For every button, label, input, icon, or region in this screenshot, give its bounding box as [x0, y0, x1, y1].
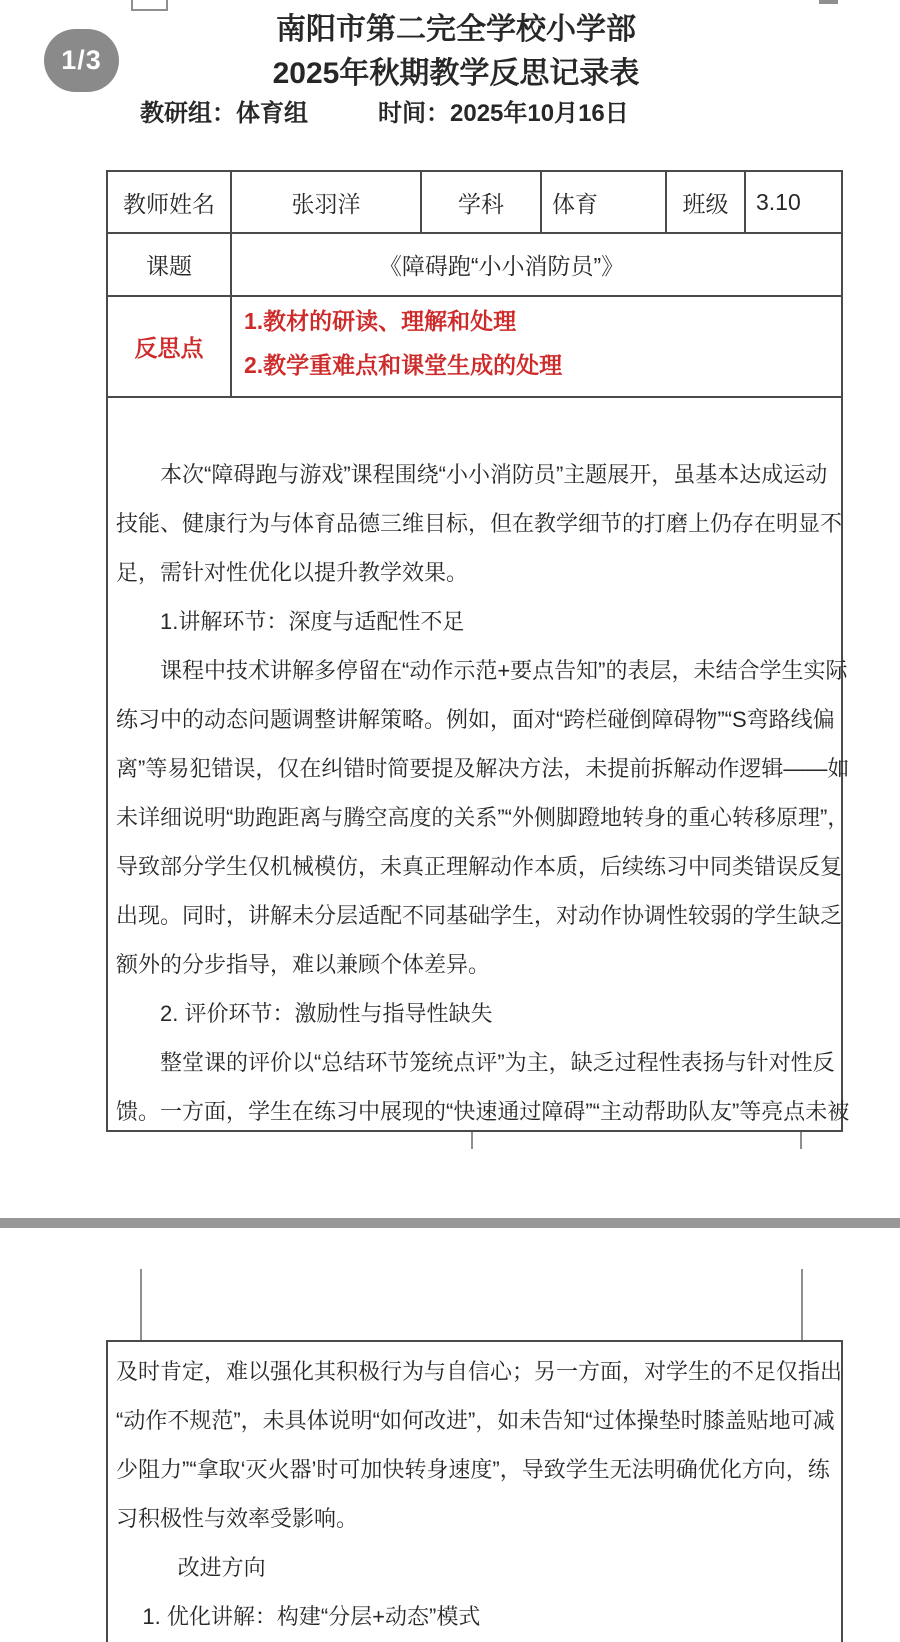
reflection-body-text-page2: 及时肯定，难以强化其积极行为与自信心；另一方面，对学生的不足仅指出“动作不规范”… — [108, 1342, 841, 1641]
body-text-line: 及时肯定，难以强化其积极行为与自信心；另一方面，对学生的不足仅指出 — [116, 1347, 835, 1396]
body-text-line: 足，需针对性优化以提升教学效果。 — [116, 548, 835, 597]
document-viewer-page: 1/3 南阳市第二完全学校小学部 2025年秋期教学反思记录表 教研组：体育组 … — [0, 0, 900, 1642]
reflection-form-table-page1: 教师姓名 张羽洋 学科 体育 班级 3.10 课题 《障碍跑“小小消防员”》 反… — [106, 170, 843, 1132]
body-text-line: 练习中的动态问题调整讲解策略。例如，面对“跨栏碰倒障碍物”“S弯路线偏 — [116, 695, 835, 744]
reflection-point-2: 2.教学重难点和课堂生成的处理 — [244, 343, 841, 387]
table-row-reflection-points: 反思点 1.教材的研读、理解和处理 2.教学重难点和课堂生成的处理 — [108, 297, 841, 398]
body-text-line: 导致部分学生仅机械模仿，未真正理解动作本质，后续练习中同类错误反复 — [116, 842, 835, 891]
body-text-line: 整堂课的评价以“总结环节笼统点评”为主，缺乏过程性表扬与针对性反 — [116, 1038, 835, 1087]
reflection-form-table-page2: 及时肯定，难以强化其积极行为与自信心；另一方面，对学生的不足仅指出“动作不规范”… — [106, 1340, 843, 1642]
reflection-point-1: 1.教材的研读、理解和处理 — [244, 299, 841, 343]
document-title-line2: 2025年秋期教学反思记录表 — [0, 48, 900, 92]
date-label: 时间：2025年10月16日 — [378, 93, 629, 128]
topic-value: 《障碍跑“小小消防员”》 — [232, 234, 841, 295]
table-row-topic: 课题 《障碍跑“小小消防员”》 — [108, 234, 841, 297]
table-row-teacher-info: 教师姓名 张羽洋 学科 体育 班级 3.10 — [108, 172, 841, 234]
body-text-line: 2. 评价环节：激励性与指导性缺失 — [116, 989, 835, 1038]
body-text-line: 1.讲解环节：深度与适配性不足 — [116, 597, 835, 646]
topic-label: 课题 — [108, 234, 232, 295]
reflection-body-text-page1: 本次“障碍跑与游戏”课程围绕“小小消防员”主题展开，虽基本达成运动技能、健康行为… — [108, 398, 841, 1136]
body-text-line: 离”等易犯错误，仅在纠错时简要提及解决方法，未提前拆解动作逻辑——如 — [116, 744, 835, 793]
teacher-name-value: 张羽洋 — [232, 172, 422, 232]
page1-bottom-tick-left — [471, 1132, 473, 1149]
body-text-line: 出现。同时，讲解未分层适配不同基础学生，对动作协调性较弱的学生缺乏 — [116, 891, 835, 940]
reflection-points-label: 反思点 — [108, 297, 232, 396]
page2-top-tick-right — [801, 1269, 803, 1340]
body-text-line: 未详细说明“助跑距离与腾空高度的关系”“外侧脚蹬地转身的重心转移原理”， — [116, 793, 835, 842]
subject-value: 体育 — [542, 172, 667, 232]
page2-top-tick-left — [140, 1269, 142, 1340]
body-text-line: 馈。一方面，学生在练习中展现的“快速通过障碍”“主动帮助队友”等亮点未被 — [116, 1087, 835, 1136]
body-text-line: 技能、健康行为与体育品德三维目标，但在教学细节的打磨上仍存在明显不 — [116, 499, 835, 548]
document-title-line1: 南阳市第二完全学校小学部 — [0, 4, 900, 48]
body-text-line: 本次“障碍跑与游戏”课程围绕“小小消防员”主题展开，虽基本达成运动 — [116, 450, 835, 499]
body-text-line: 课程中技术讲解多停留在“动作示范+要点告知”的表层，未结合学生实际 — [116, 646, 835, 695]
page1-bottom-tick-right — [800, 1132, 802, 1149]
body-text-line: 习积极性与效率受影响。 — [116, 1494, 835, 1543]
reflection-points-list: 1.教材的研读、理解和处理 2.教学重难点和课堂生成的处理 — [232, 297, 841, 396]
body-text-line: 改进方向 — [116, 1543, 835, 1592]
body-text-line: 1. 优化讲解：构建“分层+动态”模式 — [116, 1592, 835, 1641]
body-text-line: “动作不规范”，未具体说明“如何改进”，如未告知“过体操垫时膝盖贴地可减 — [116, 1396, 835, 1445]
class-label: 班级 — [667, 172, 746, 232]
research-group-label: 教研组：体育组 — [140, 93, 308, 128]
body-text-line: 少阻力”“拿取‘灭火器’时可加快转身速度”，导致学生无法明确优化方向，练 — [116, 1445, 835, 1494]
teacher-name-label: 教师姓名 — [108, 172, 232, 232]
subject-label: 学科 — [422, 172, 542, 232]
table-row-reflection-body: 本次“障碍跑与游戏”课程围绕“小小消防员”主题展开，虽基本达成运动技能、健康行为… — [108, 398, 841, 1130]
body-text-line: 额外的分步指导，难以兼顾个体差异。 — [116, 940, 835, 989]
page-separator-bar — [0, 1218, 900, 1228]
class-value: 3.10 — [746, 172, 841, 232]
